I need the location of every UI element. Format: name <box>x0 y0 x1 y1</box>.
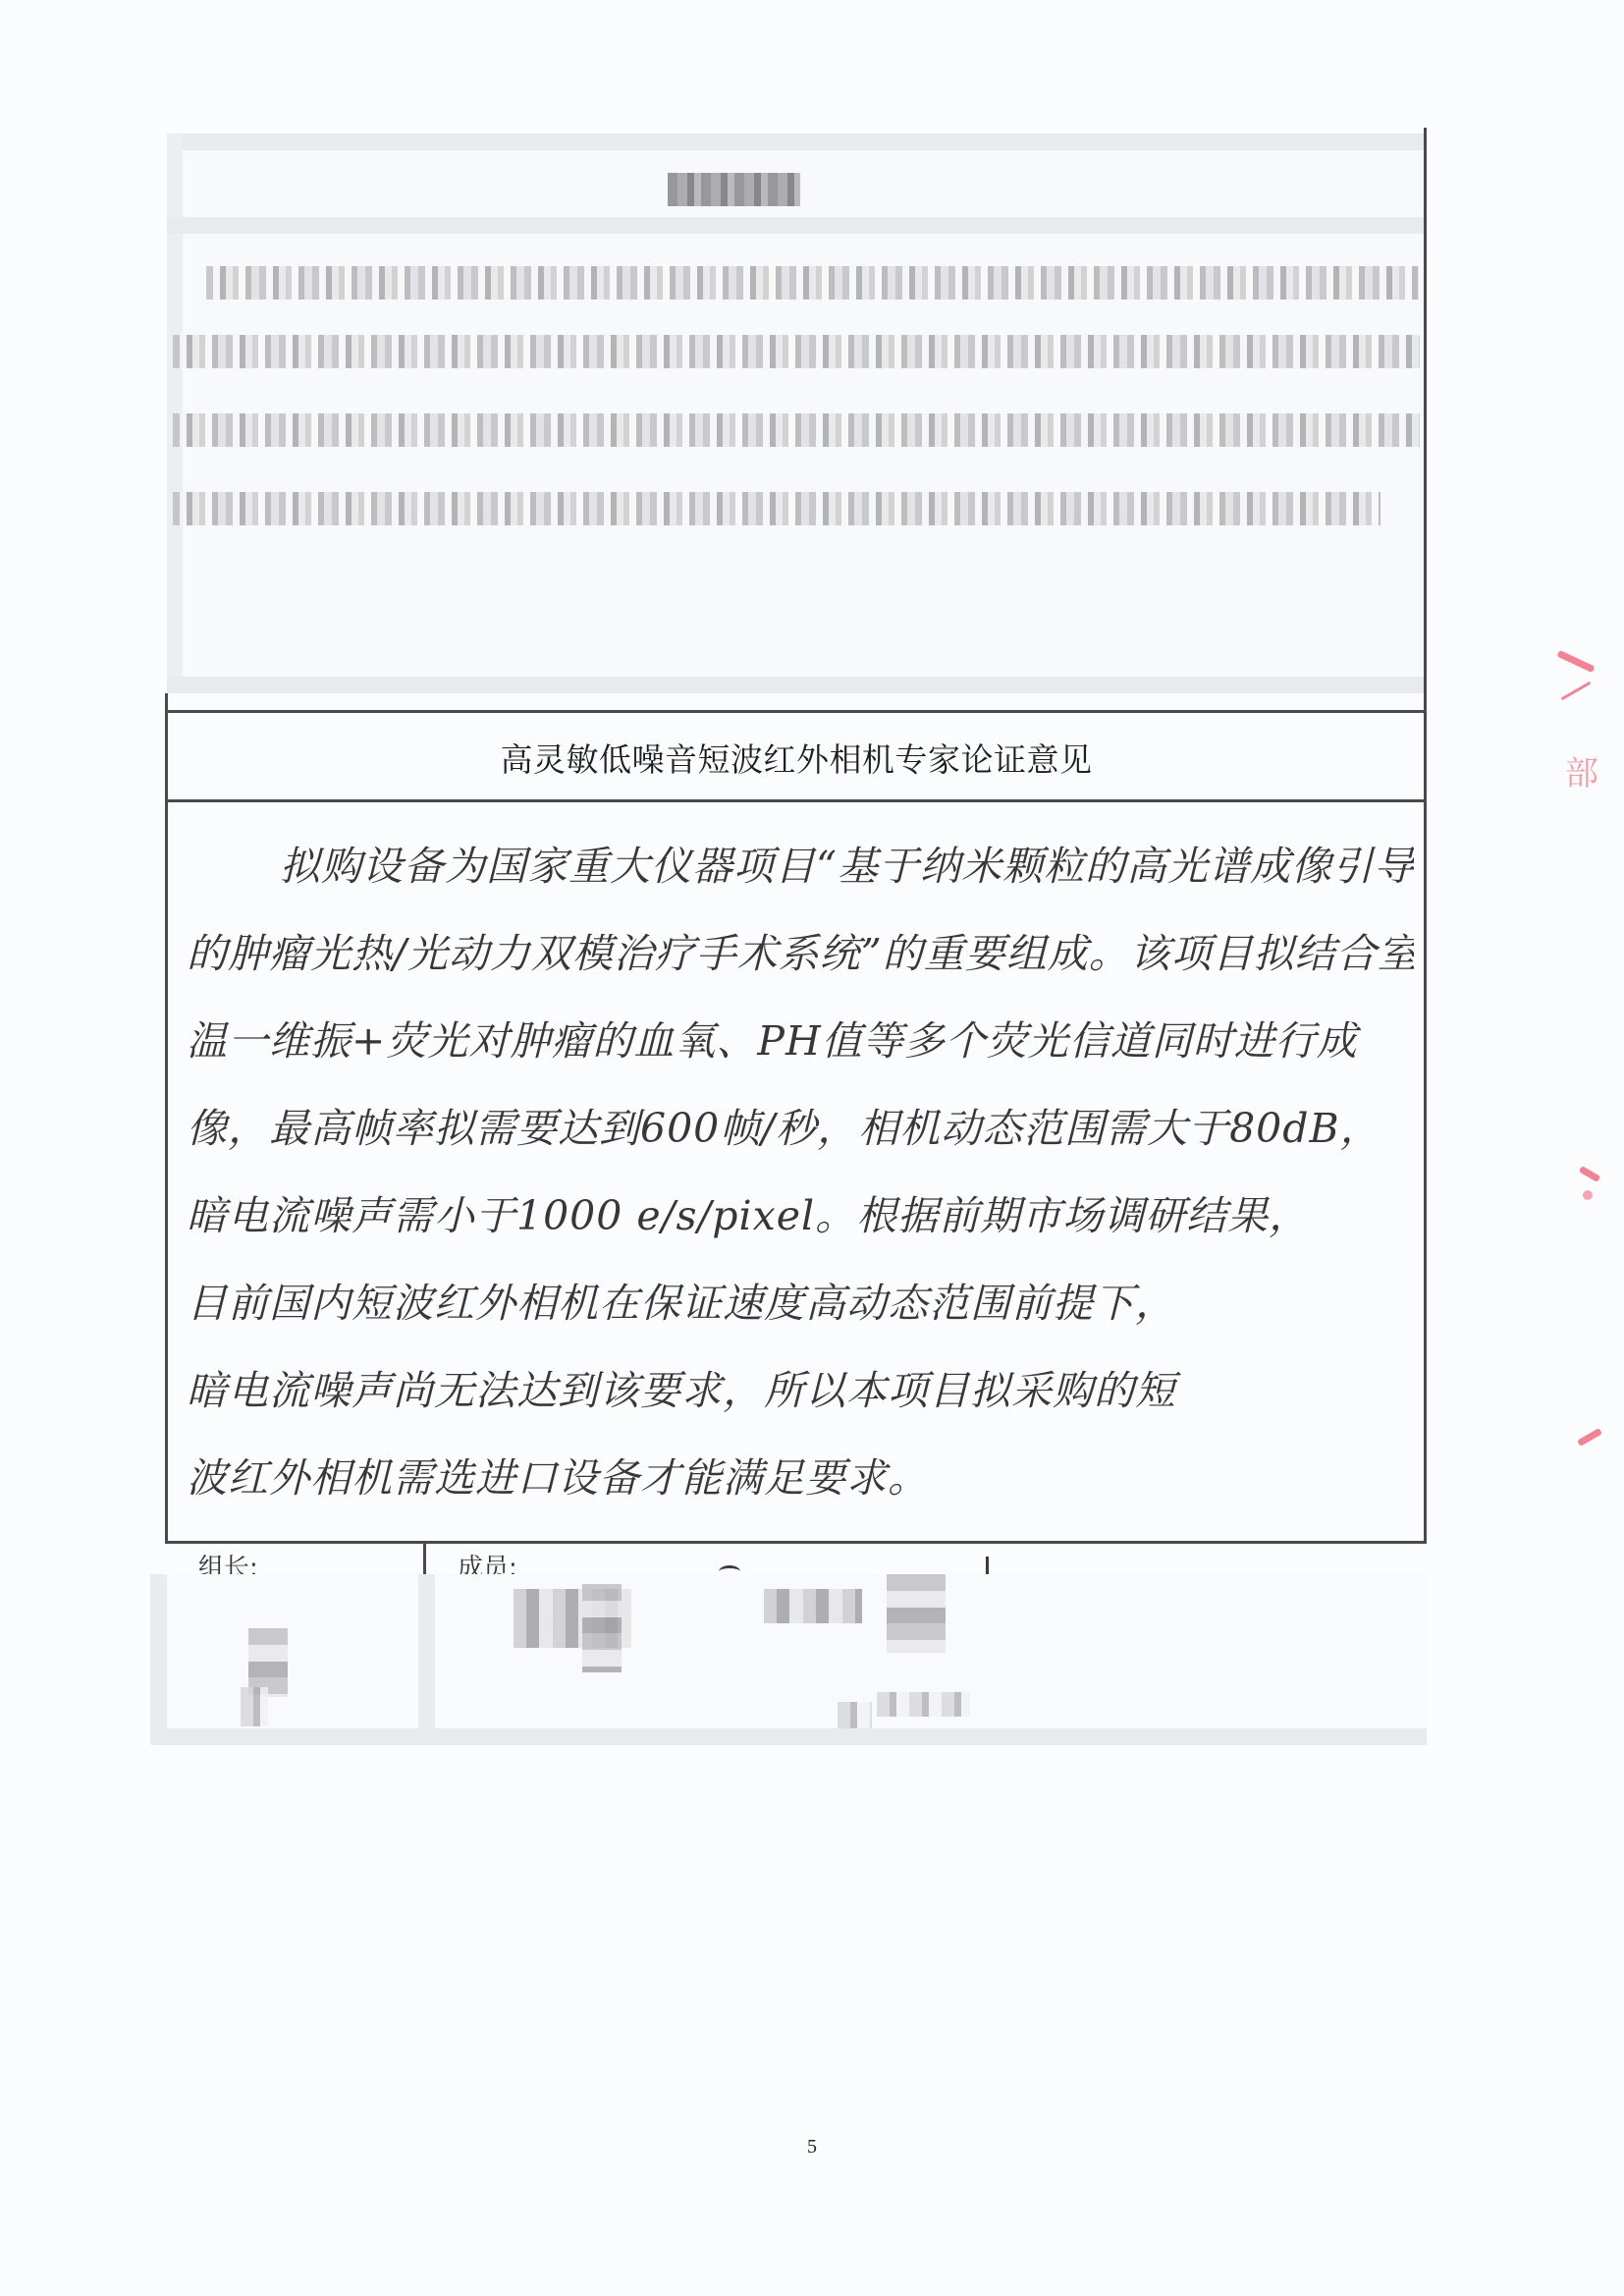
section-title: 高灵敏低噪音短波红外相机专家论证意见 <box>167 714 1426 800</box>
table-divider <box>423 1541 426 1576</box>
table-rule <box>165 710 1427 713</box>
seal-fragment <box>1556 650 1595 673</box>
signature-stroke <box>986 1557 995 1574</box>
seal-fragment <box>1561 682 1592 701</box>
redacted-member-signature <box>887 1574 946 1653</box>
redacted-gutter <box>150 1574 167 1728</box>
opinion-line: 拟购设备为国家重大仪器项目“基于纳米颗粒的高光谱成像引导 <box>187 823 1414 910</box>
redacted-gutter <box>418 1574 435 1728</box>
redacted-title <box>668 173 800 206</box>
opinion-line: 波红外相机需选进口设备才能满足要求。 <box>187 1435 1414 1522</box>
table-border-right <box>1424 693 1427 1544</box>
seal-partial-text: 部 <box>1565 746 1598 794</box>
redacted-date <box>838 1702 872 1728</box>
redacted-signatures <box>150 1574 1427 1728</box>
document-page: 高灵敏低噪音短波红外相机专家论证意见 拟购设备为国家重大仪器项目“基于纳米颗粒的… <box>0 0 1624 2296</box>
opinion-line: 的肿瘤光热/光动力双模治疗手术系统”的重要组成。该项目拟结合室 <box>187 910 1414 998</box>
opinion-line: 目前国内短波红外相机在保证速度高动态范围前提下， <box>187 1260 1414 1347</box>
redacted-band <box>167 677 1427 693</box>
redacted-text-line <box>173 335 1420 368</box>
opinion-line: 像，最高帧率拟需要达到600帧/秒，相机动态范围需大于80dB， <box>187 1085 1414 1173</box>
opinion-line: 暗电流噪声需小于1000 e/s/pixel。根据前期市场调研结果， <box>187 1173 1414 1260</box>
opinion-line: 温一维振+荧光对肿瘤的血氧、PH值等多个荧光信道同时进行成 <box>187 998 1414 1085</box>
table-border-right-top <box>1424 128 1427 697</box>
redacted-band <box>150 1728 1427 1745</box>
seal-fragment <box>1583 1190 1593 1200</box>
redacted-date <box>877 1692 970 1717</box>
seal-fragment <box>1579 1166 1601 1182</box>
redacted-text-line <box>206 266 1419 300</box>
opinion-line: 暗电流噪声尚无法达到该要求，所以本项目拟采购的短 <box>187 1347 1414 1435</box>
handwritten-opinion: 拟购设备为国家重大仪器项目“基于纳米颗粒的高光谱成像引导 的肿瘤光热/光动力双模… <box>187 823 1414 1522</box>
table-border-left <box>165 693 168 1544</box>
redacted-band <box>167 217 1427 234</box>
table-rule <box>165 1541 1427 1544</box>
redacted-text-line <box>173 492 1380 525</box>
redacted-text-line <box>173 413 1420 447</box>
redacted-member-signature <box>764 1589 862 1623</box>
page-number: 5 <box>0 2136 1624 2159</box>
seal-fragment <box>1577 1428 1602 1447</box>
redacted-leader-signature <box>241 1687 268 1726</box>
redacted-band <box>167 134 1427 150</box>
redacted-top-section <box>167 134 1427 693</box>
redacted-member-signature <box>582 1584 622 1672</box>
